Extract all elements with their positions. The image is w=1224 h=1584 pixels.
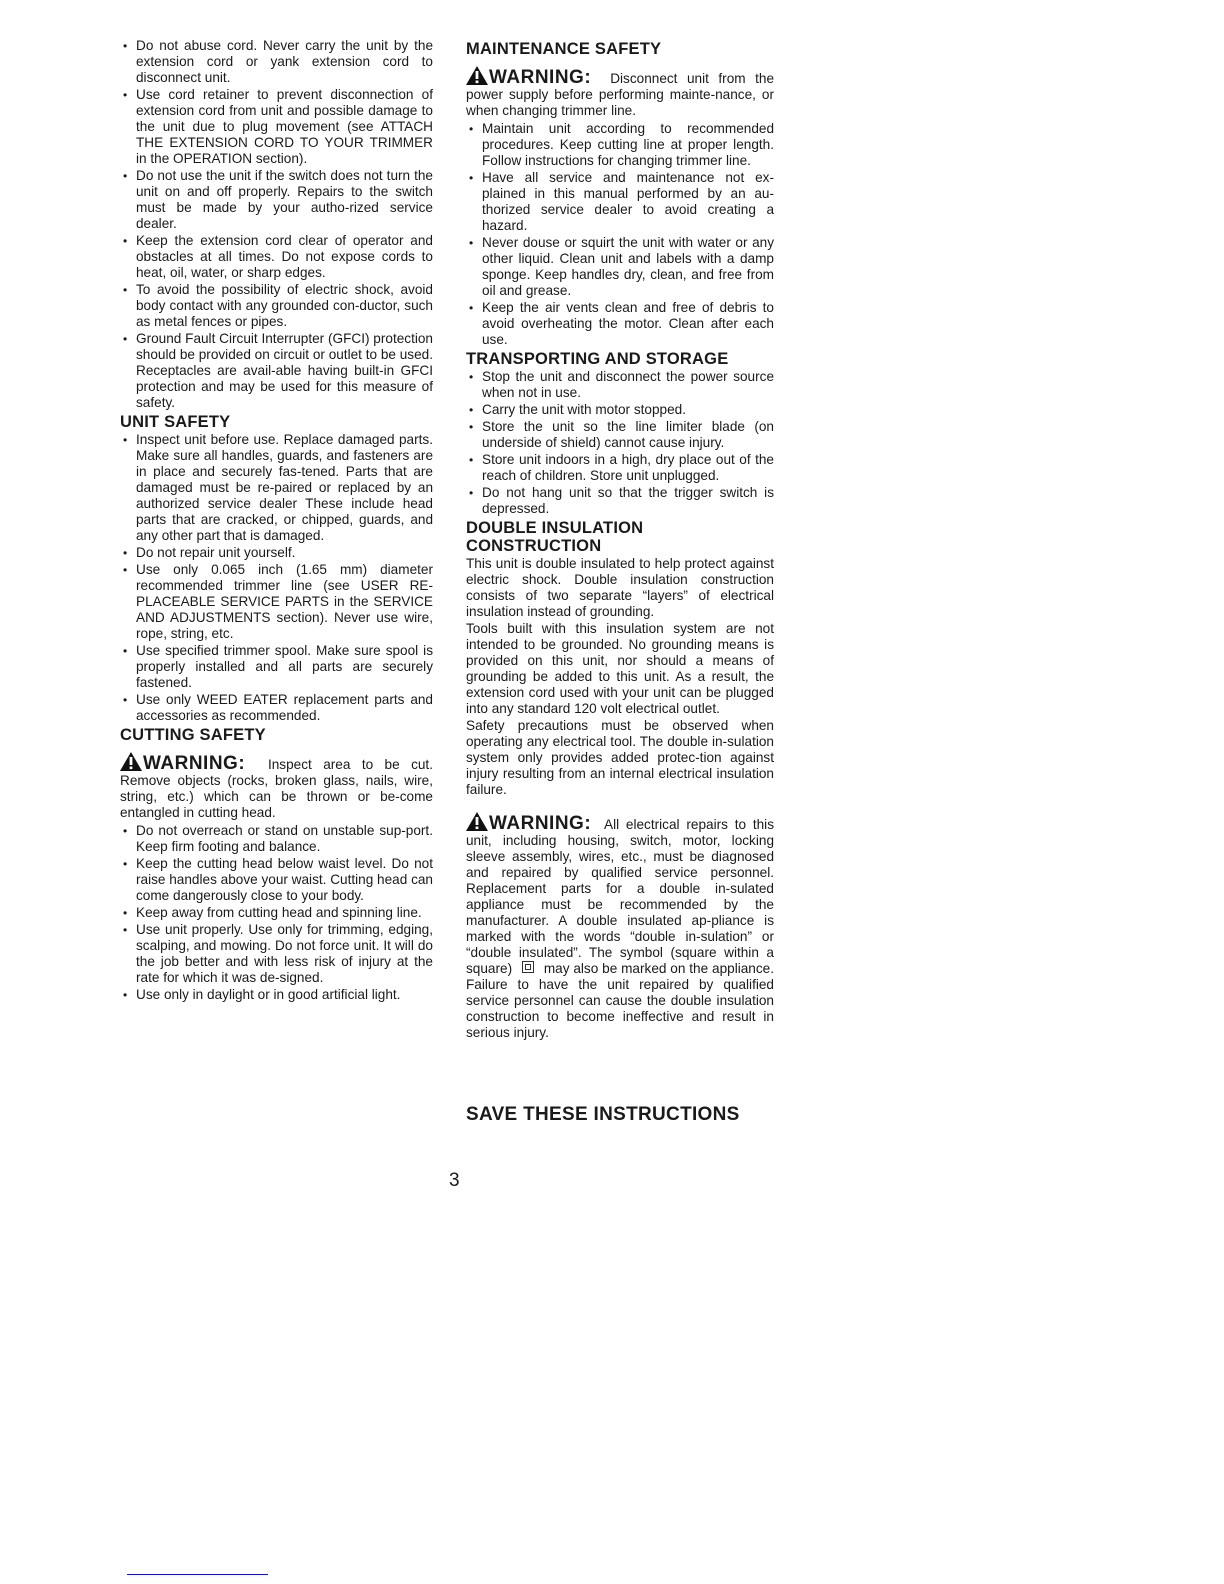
list-item: Use unit properly. Use only for trimming… <box>120 922 433 986</box>
list-item: Do not overreach or stand on unstable su… <box>120 823 433 855</box>
double-insulation-heading: DOUBLE INSULATION CONSTRUCTION <box>466 519 774 555</box>
list-item: Store the unit so the line limiter blade… <box>466 419 774 451</box>
page-number: 3 <box>449 1170 460 1192</box>
list-item: Use cord retainer to prevent disconnecti… <box>120 87 433 167</box>
left-column: Do not abuse cord. Never carry the unit … <box>120 38 433 1004</box>
maintenance-safety-heading: MAINTENANCE SAFETY <box>466 40 774 58</box>
list-item: Ground Fault Circuit Interrupter (GFCI) … <box>120 331 433 411</box>
list-item: Keep away from cutting head and spinning… <box>120 905 433 921</box>
save-instructions-heading: SAVE THESE INSTRUCTIONS <box>466 1104 740 1126</box>
paragraph: This unit is double insulated to help pr… <box>466 556 774 620</box>
warning-icon <box>466 812 488 831</box>
maintenance-warning: WARNING: Disconnect unit from the power … <box>466 66 774 119</box>
list-item: Do not repair unit yourself. <box>120 545 433 561</box>
list-item: Do not hang unit so that the trigger swi… <box>466 485 774 517</box>
maintenance-safety-list: Maintain unit according to recommended p… <box>466 121 774 348</box>
warning-text: All electrical repairs to this unit, inc… <box>466 817 774 976</box>
unit-safety-list: Inspect unit before use. Replace damaged… <box>120 432 433 724</box>
list-item: Do not abuse cord. Never carry the unit … <box>120 38 433 86</box>
unit-safety-heading: UNIT SAFETY <box>120 413 433 431</box>
list-item: Keep the air vents clean and free of deb… <box>466 300 774 348</box>
warning-icon <box>466 66 488 85</box>
list-item: Carry the unit with motor stopped. <box>466 402 774 418</box>
list-item: Use only 0.065 inch (1.65 mm) diameter r… <box>120 562 433 642</box>
warning-text-continued: may also be marked on the appliance. Fai… <box>466 961 774 1040</box>
transporting-storage-heading: TRANSPORTING AND STORAGE <box>466 350 774 368</box>
list-item: Use only in daylight or in good artifici… <box>120 987 433 1003</box>
list-item: Use specified trimmer spool. Make sure s… <box>120 643 433 691</box>
bottom-divider-line <box>127 1574 268 1575</box>
list-item: To avoid the possibility of electric sho… <box>120 282 433 330</box>
cutting-warning: WARNING: Inspect area to be cut. Remove … <box>120 752 433 821</box>
transporting-storage-list: Stop the unit and disconnect the power s… <box>466 369 774 517</box>
warning-label: WARNING: <box>143 753 245 774</box>
list-item: Keep the cutting head below waist level.… <box>120 856 433 904</box>
list-item: Inspect unit before use. Replace damaged… <box>120 432 433 544</box>
list-item: Stop the unit and disconnect the power s… <box>466 369 774 401</box>
list-item: Maintain unit according to recommended p… <box>466 121 774 169</box>
list-item: Keep the extension cord clear of operato… <box>120 233 433 281</box>
list-item: Store unit indoors in a high, dry place … <box>466 452 774 484</box>
list-item: Do not use the unit if the switch does n… <box>120 168 433 232</box>
intro-bullet-list: Do not abuse cord. Never carry the unit … <box>120 38 433 411</box>
cutting-safety-list: Do not overreach or stand on unstable su… <box>120 823 433 1003</box>
warning-icon <box>120 752 142 771</box>
list-item: Never douse or squirt the unit with wate… <box>466 235 774 299</box>
paragraph: Safety precautions must be observed when… <box>466 718 774 798</box>
list-item: Use only WEED EATER replacement parts an… <box>120 692 433 724</box>
double-insulation-symbol-icon <box>522 961 534 973</box>
paragraph: Tools built with this insulation system … <box>466 621 774 717</box>
cutting-safety-heading: CUTTING SAFETY <box>120 726 433 744</box>
list-item: Have all service and maintenance not ex-… <box>466 170 774 234</box>
electrical-repairs-warning: WARNING: All electrical repairs to this … <box>466 812 774 1041</box>
warning-label: WARNING: <box>489 813 591 834</box>
warning-label: WARNING: <box>489 67 591 88</box>
right-column: MAINTENANCE SAFETY WARNING: Disconnect u… <box>466 38 774 1043</box>
